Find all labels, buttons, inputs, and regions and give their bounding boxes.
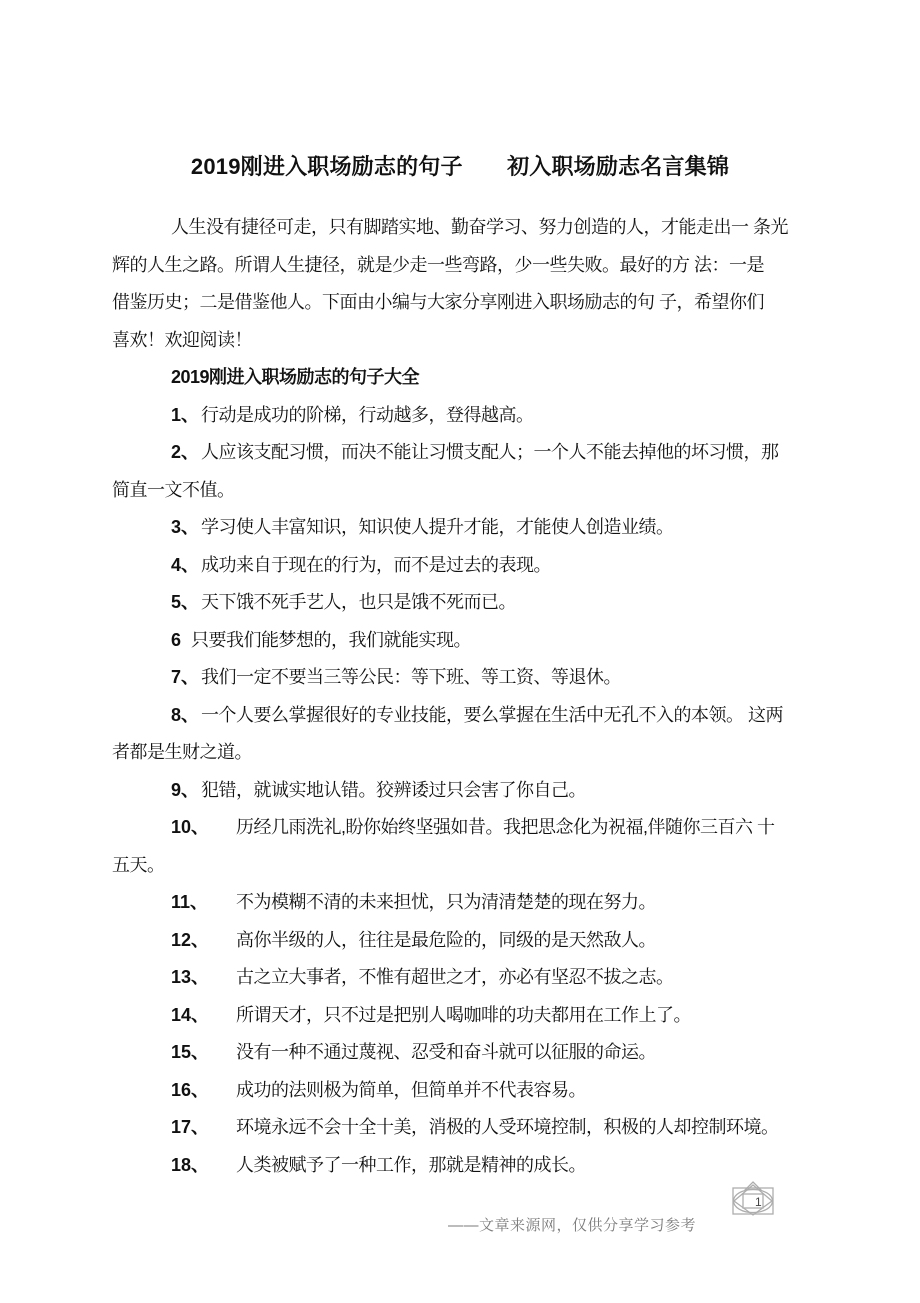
intro-line: 喜欢！欢迎阅读！ [112,322,788,360]
section-heading: 2019刚进入职场励志的句子大全 [112,359,788,397]
quote-wrap-line: 五天。 [112,847,788,885]
quote-number: 15、 [171,1034,236,1072]
quote-wrap-line: 者都是生财之道。 [112,734,788,772]
quote-text: 天下饿不死手艺人，也只是饿不死而已。 [201,592,516,612]
quote-text: 历经几雨洗礼,盼你始终坚强如昔。我把思念化为祝福,伴随你三百六 十 [236,817,775,837]
quote-number: 11、 [171,884,236,922]
quote-number: 4、 [171,547,201,585]
quote-text: 我们一定不要当三等公民：等下班、等工资、等退休。 [201,667,621,687]
quote-number: 1、 [171,397,201,435]
quote-item: 4、成功来自于现在的行为，而不是过去的表现。 [112,547,788,585]
quote-text: 高你半级的人，往往是最危险的，同级的是天然敌人。 [236,930,656,950]
quote-number: 16、 [171,1072,236,1110]
quote-item: 6只要我们能梦想的，我们就能实现。 [112,622,788,660]
quote-text: 学习使人丰富知识，知识使人提升才能，才能使人创造业绩。 [201,517,674,537]
page-number-ornament-icon: 1 [730,1181,776,1217]
quote-wrap-line: 简直一文不值。 [112,472,788,510]
intro-line: 辉的人生之路。所谓人生捷径，就是少走一些弯路，少一些失败。最好的方 法：一是 [112,247,788,285]
quote-number: 2、 [171,434,201,472]
page-number: 1 [755,1195,762,1209]
quote-item: 12、高你半级的人，往往是最危险的，同级的是天然敌人。 [112,922,788,960]
quote-item: 14、所谓天才，只不过是把别人喝咖啡的功夫都用在工作上了。 [112,997,788,1035]
quote-item: 1、行动是成功的阶梯，行动越多，登得越高。 [112,397,788,435]
quote-item: 11、不为模糊不清的未来担忧，只为清清楚楚的现在努力。 [112,884,788,922]
footer-source-note: ——文章来源网，仅供分享学习参考 [0,1214,920,1235]
quote-text: 人应该支配习惯，而决不能让习惯支配人；一个人不能去掉他的坏习惯，那 [201,442,779,462]
quote-item: 7、我们一定不要当三等公民：等下班、等工资、等退休。 [112,659,788,697]
quote-text: 行动是成功的阶梯，行动越多，登得越高。 [201,405,534,425]
intro-paragraph: 人生没有捷径可走，只有脚踏实地、勤奋学习、努力创造的人，才能走出一 条光 辉的人… [112,209,788,359]
quote-number: 6 [171,622,191,660]
quote-text: 只要我们能梦想的，我们就能实现。 [191,630,471,650]
quote-number: 17、 [171,1109,236,1147]
quote-item: 9、犯错，就诚实地认错。狡辨诿过只会害了你自己。 [112,772,788,810]
quote-number: 14、 [171,997,236,1035]
intro-line: 人生没有捷径可走，只有脚踏实地、勤奋学习、努力创造的人，才能走出一 条光 [112,209,788,247]
quote-number: 18、 [171,1147,236,1185]
quote-item: 17、环境永远不会十全十美，消极的人受环境控制，积极的人却控制环境。 [112,1109,788,1147]
quote-number: 13、 [171,959,236,997]
quote-number: 12、 [171,922,236,960]
quote-item: 3、学习使人丰富知识，知识使人提升才能，才能使人创造业绩。 [112,509,788,547]
quote-number: 7、 [171,659,201,697]
quote-text: 成功来自于现在的行为，而不是过去的表现。 [201,555,551,575]
quote-number: 5、 [171,584,201,622]
quote-number: 10、 [171,809,236,847]
document-body: 人生没有捷径可走，只有脚踏实地、勤奋学习、努力创造的人，才能走出一 条光 辉的人… [112,209,788,1184]
quote-number: 9、 [171,772,201,810]
quote-text: 所谓天才，只不过是把别人喝咖啡的功夫都用在工作上了。 [236,1005,691,1025]
quote-item: 15、没有一种不通过蔑视、忍受和奋斗就可以征服的命运。 [112,1034,788,1072]
document-title: 2019刚进入职场励志的句子 初入职场励志名言集锦 [0,150,920,181]
quote-text: 成功的法则极为简单，但简单并不代表容易。 [236,1080,586,1100]
quote-item: 8、一个人要么掌握很好的专业技能，要么掌握在生活中无孔不入的本领。 这两 者都是… [112,697,788,772]
quote-text: 没有一种不通过蔑视、忍受和奋斗就可以征服的命运。 [236,1042,656,1062]
intro-line: 借鉴历史；二是借鉴他人。下面由小编与大家分享刚进入职场励志的句 子，希望你们 [112,284,788,322]
quote-text: 古之立大事者，不惟有超世之才，亦必有坚忍不拔之志。 [236,967,674,987]
quote-item: 13、古之立大事者，不惟有超世之才，亦必有坚忍不拔之志。 [112,959,788,997]
quote-text: 一个人要么掌握很好的专业技能，要么掌握在生活中无孔不入的本领。 这两 [201,705,783,725]
quote-number: 3、 [171,509,201,547]
quote-text: 环境永远不会十全十美，消极的人受环境控制，积极的人却控制环境。 [236,1117,779,1137]
quote-item: 18、人类被赋予了一种工作，那就是精神的成长。 [112,1147,788,1185]
page-number-badge: 1 [730,1181,776,1217]
quote-item: 16、成功的法则极为简单，但简单并不代表容易。 [112,1072,788,1110]
quote-item: 2、人应该支配习惯，而决不能让习惯支配人；一个人不能去掉他的坏习惯，那 简直一文… [112,434,788,509]
quote-text: 犯错，就诚实地认错。狡辨诿过只会害了你自己。 [201,780,586,800]
quotes-list: 1、行动是成功的阶梯，行动越多，登得越高。 2、人应该支配习惯，而决不能让习惯支… [112,397,788,1185]
quote-text: 不为模糊不清的未来担忧，只为清清楚楚的现在努力。 [236,892,656,912]
quote-text: 人类被赋予了一种工作，那就是精神的成长。 [236,1155,586,1175]
quote-item: 5、天下饿不死手艺人，也只是饿不死而已。 [112,584,788,622]
quote-number: 8、 [171,697,201,735]
document-page: 2019刚进入职场励志的句子 初入职场励志名言集锦 人生没有捷径可走，只有脚踏实… [0,0,920,1303]
quote-item: 10、历经几雨洗礼,盼你始终坚强如昔。我把思念化为祝福,伴随你三百六 十 五天。 [112,809,788,884]
